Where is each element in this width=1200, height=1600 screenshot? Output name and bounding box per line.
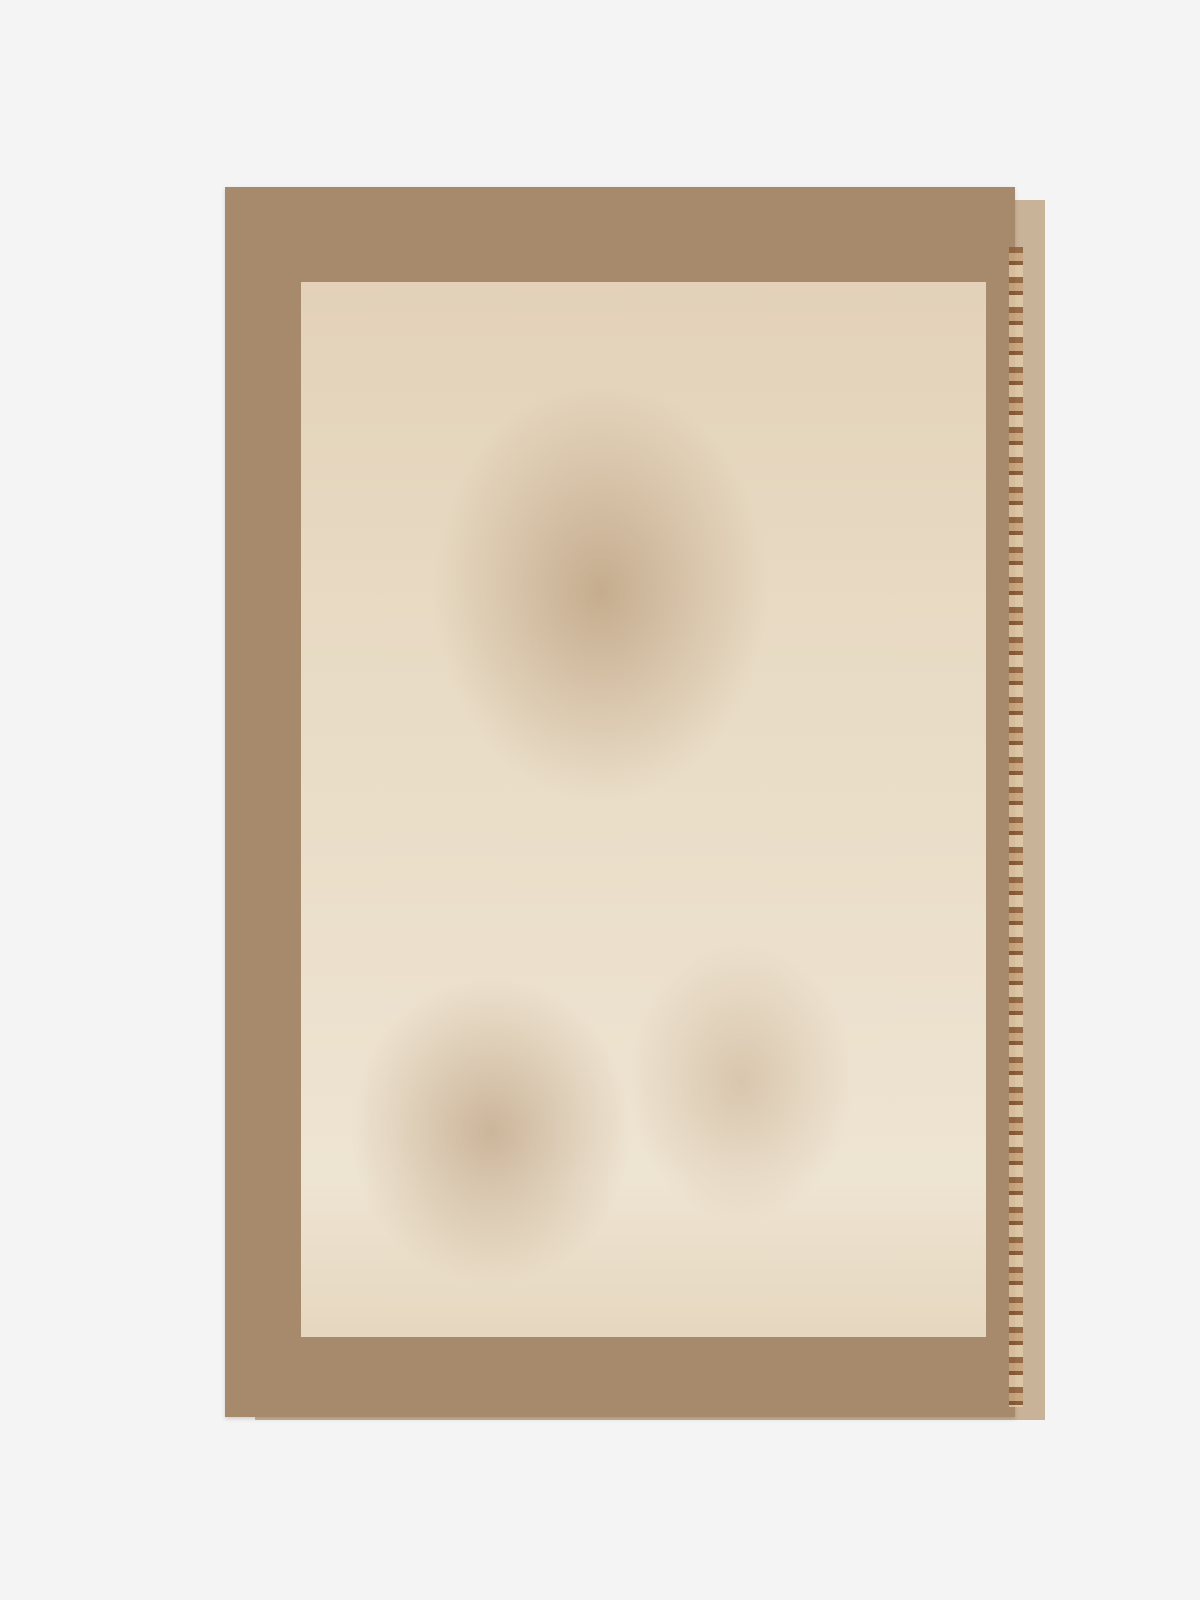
paper-inner-panel xyxy=(301,282,986,1337)
torn-right-edge xyxy=(1009,247,1023,1407)
aged-paper-sheet xyxy=(225,187,1015,1417)
